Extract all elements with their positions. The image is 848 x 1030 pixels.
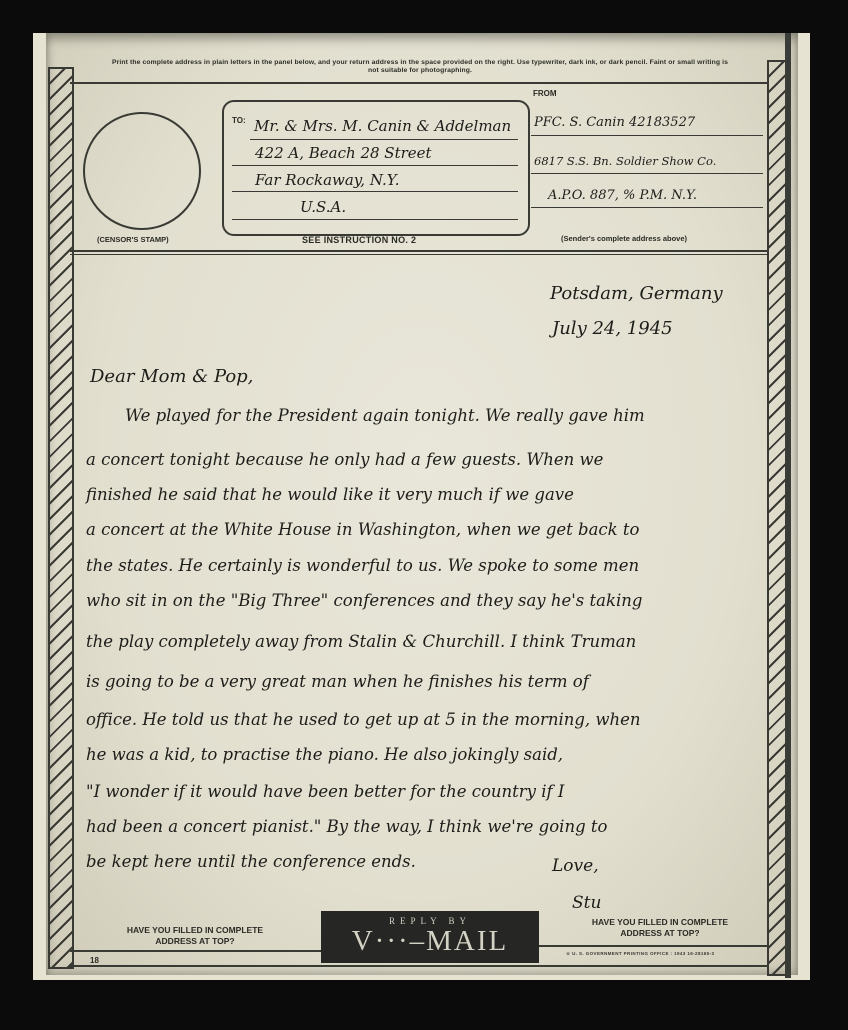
censor-stamp-circle (83, 112, 201, 230)
recipient-line-1: Mr. & Mrs. M. Canin & Addelman (254, 117, 511, 135)
letter-line: be kept here until the conference ends. (86, 852, 416, 871)
recipient-line-3: Far Rockaway, N.Y. (255, 171, 400, 189)
censor-stamp-label: (CENSOR'S STAMP) (97, 235, 169, 244)
footer-left-question-line-2: ADDRESS AT TOP? (95, 936, 295, 947)
footer-right-question-line-2: ADDRESS AT TOP? (560, 928, 760, 939)
sender-rule (531, 173, 763, 174)
address-rule (232, 165, 518, 166)
address-rule (232, 219, 518, 220)
letter-line: finished he said that he would like it v… (86, 485, 574, 504)
page-number: 18 (90, 956, 99, 965)
sender-line-2: 6817 S.S. Bn. Soldier Show Co. (534, 154, 716, 168)
sender-line-1: PFC. S. Canin 42183527 (534, 115, 695, 130)
letter-line: We played for the President again tonigh… (125, 406, 645, 425)
printer-note: ☆ U. S. GOVERNMENT PRINTING OFFICE : 194… (566, 951, 714, 957)
to-label: TO: (232, 116, 246, 125)
left-hatched-margin (48, 67, 74, 969)
sender-rule (531, 207, 763, 208)
see-instruction-label: SEE INSTRUCTION NO. 2 (302, 235, 416, 245)
letter-line: "I wonder if it would have been better f… (86, 782, 564, 801)
top-instruction: Print the complete address in plain lett… (110, 59, 730, 75)
footer-left-question: HAVE YOU FILLED IN COMPLETE ADDRESS AT T… (95, 925, 295, 947)
letter-line: the states. He certainly is wonderful to… (86, 556, 639, 575)
letter-line: a concert tonight because he only had a … (86, 450, 603, 469)
footer-rule-right (539, 945, 767, 947)
letter-line: office. He told us that he used to get u… (86, 710, 641, 729)
header-divider-2 (70, 254, 767, 255)
address-rule (250, 139, 518, 140)
address-rule (232, 191, 518, 192)
letter-place: Potsdam, Germany (550, 283, 723, 304)
letter-line: he was a kid, to practise the piano. He … (86, 745, 563, 764)
footer-left-question-line-1: HAVE YOU FILLED IN COMPLETE (95, 925, 295, 936)
right-hatched-margin (767, 60, 789, 976)
sender-rule (531, 135, 763, 136)
sender-note: (Sender's complete address above) (561, 234, 687, 243)
header-divider (70, 250, 767, 252)
footer-right-question-line-1: HAVE YOU FILLED IN COMPLETE (560, 917, 760, 928)
footer-right-question: HAVE YOU FILLED IN COMPLETE ADDRESS AT T… (560, 917, 760, 939)
vmail-logo-box: REPLY BY V···–MAIL (321, 911, 539, 963)
footer-bottom-rule (70, 965, 767, 967)
recipient-line-2: 422 A, Beach 28 Street (255, 144, 432, 162)
letter-line: who sit in on the "Big Three" conference… (86, 591, 642, 610)
letter-line: a concert at the White House in Washingt… (86, 520, 639, 539)
footer-rule-left (70, 950, 321, 952)
letter-line: the play completely away from Stalin & C… (86, 632, 636, 651)
letter-date: July 24, 1945 (552, 318, 673, 339)
letter-salutation: Dear Mom & Pop, (90, 366, 253, 387)
vmail-brand-text: V···–MAIL (321, 926, 539, 956)
letter-closing: Love, (552, 856, 599, 876)
letter-line: had been a concert pianist." By the way,… (86, 817, 607, 836)
recipient-line-4: U.S.A. (300, 198, 346, 216)
letter-signature: Stu (572, 893, 601, 913)
from-label: FROM (533, 89, 557, 98)
sender-line-3: A.P.O. 887, % P.M. N.Y. (548, 188, 697, 203)
header-top-rule (70, 82, 767, 84)
letter-line: is going to be a very great man when he … (86, 672, 589, 691)
